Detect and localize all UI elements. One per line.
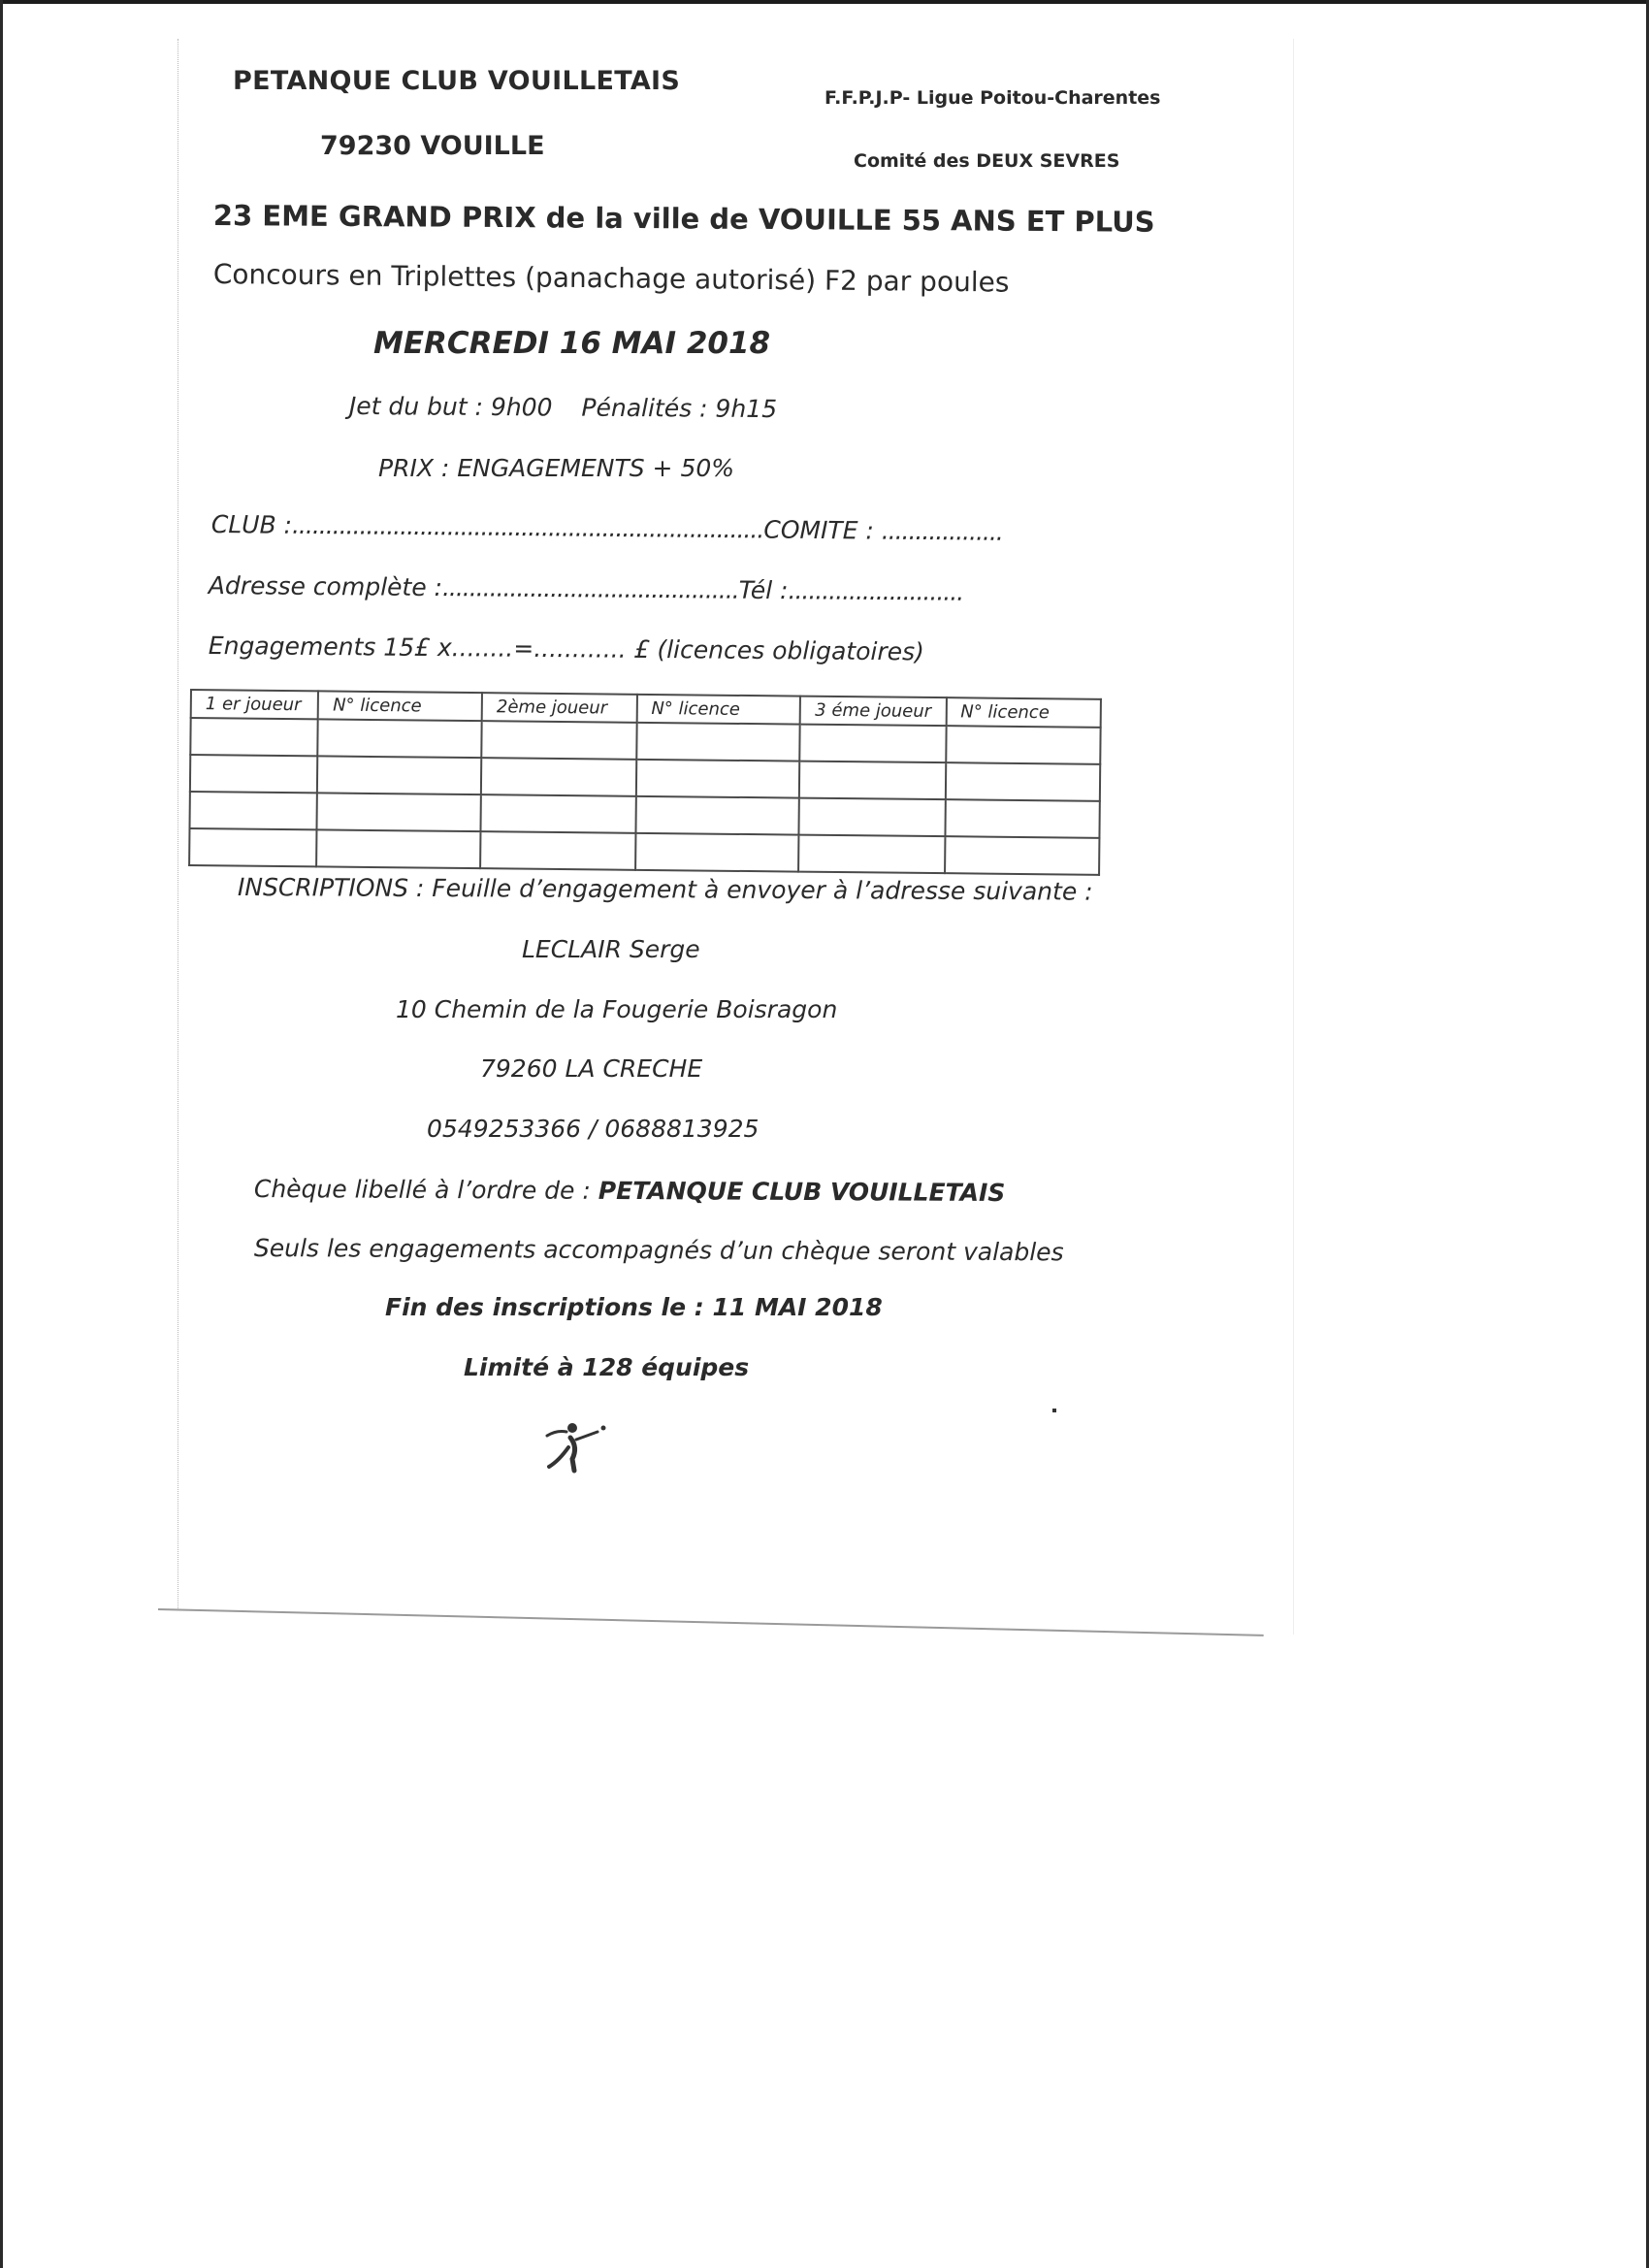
cell-licence-3[interactable] — [945, 836, 1100, 875]
registration-instructions: INSCRIPTIONS : Feuille d’engagement à en… — [238, 873, 1093, 906]
paper-right-edge — [1293, 39, 1294, 1635]
cell-licence-3[interactable] — [946, 726, 1101, 764]
contact-phones: 0549253366 / 0688813925 — [427, 1115, 759, 1143]
event-date: MERCREDI 16 MAI 2018 — [373, 326, 770, 361]
col-player-1: 1 er joueur — [191, 690, 319, 719]
penalites-time: Pénalités : 9h15 — [581, 394, 777, 423]
col-player-2: 2ème joueur — [482, 693, 637, 723]
cell-player-2[interactable] — [481, 721, 636, 760]
cell-licence-2[interactable] — [635, 796, 799, 835]
cell-licence-1[interactable] — [318, 719, 482, 758]
federation-name: F.F.P.J.P- Ligue Poitou-Charentes — [824, 87, 1160, 109]
address-input-line[interactable]: ........................................… — [442, 573, 739, 604]
scan-speck — [1052, 1409, 1056, 1412]
fee-line[interactable]: Engagements 15£ x........=............ £… — [209, 632, 924, 665]
cell-player-1[interactable] — [189, 792, 317, 829]
paper-left-edge — [178, 39, 178, 1610]
comite-label: COMITE : — [763, 515, 874, 544]
cell-player-3[interactable] — [799, 798, 945, 837]
cell-player-3[interactable] — [800, 725, 946, 763]
col-player-3: 3 éme joueur — [800, 697, 946, 727]
petanque-player-icon — [541, 1418, 609, 1476]
event-format: Concours en Triplettes (panachage autori… — [213, 258, 1010, 299]
cell-player-2[interactable] — [481, 794, 636, 833]
cell-licence-1[interactable] — [317, 756, 481, 794]
cell-licence-3[interactable] — [945, 762, 1100, 801]
address-field-row: Adresse complète :......................… — [209, 571, 964, 606]
cell-licence-2[interactable] — [635, 760, 799, 798]
contact-city: 79260 LA CRECHE — [480, 1054, 702, 1083]
scan-border-left — [0, 0, 3, 2268]
comite-input-line[interactable]: .................. — [882, 517, 1003, 546]
club-city: 79230 VOUILLE — [320, 131, 545, 161]
club-name: PETANQUE CLUB VOUILLETAIS — [233, 66, 680, 96]
contact-street: 10 Chemin de la Fougerie Boisragon — [396, 995, 837, 1023]
event-prize: PRIX : ENGAGEMENTS + 50% — [378, 454, 734, 482]
scan-border-top — [0, 0, 1649, 4]
col-licence-1: N° licence — [318, 691, 482, 721]
club-input-line[interactable]: ........................................… — [292, 511, 764, 544]
cell-player-2[interactable] — [480, 831, 635, 870]
cheque-note: Seuls les engagements accompagnés d’un c… — [254, 1234, 1064, 1266]
jet-du-but-time: Jet du but : 9h00 — [349, 392, 553, 421]
col-licence-2: N° licence — [636, 695, 800, 725]
event-schedule: Jet du but : 9h00Pénalités : 9h15 — [349, 392, 777, 423]
cell-licence-2[interactable] — [635, 833, 799, 872]
registration-deadline: Fin des inscriptions le : 11 MAI 2018 — [385, 1293, 883, 1321]
cell-player-1[interactable] — [190, 755, 318, 793]
club-field-row: CLUB :..................................… — [211, 510, 1003, 546]
tel-input-line[interactable]: .......................... — [788, 576, 963, 606]
cell-player-1[interactable] — [189, 828, 317, 866]
tel-label: Tél : — [739, 576, 789, 604]
cell-player-2[interactable] — [481, 758, 636, 796]
team-limit: Limité à 128 équipes — [464, 1353, 749, 1381]
cell-player-1[interactable] — [190, 718, 318, 756]
cell-licence-3[interactable] — [945, 799, 1100, 838]
cheque-payee-line: Chèque libellé à l’ordre de : PETANQUE C… — [254, 1175, 1006, 1207]
cell-licence-1[interactable] — [317, 793, 481, 831]
club-label: CLUB : — [211, 510, 292, 539]
cell-licence-1[interactable] — [316, 829, 480, 868]
cheque-payee: PETANQUE CLUB VOUILLETAIS — [598, 1177, 1006, 1207]
paper-bottom-edge — [158, 1608, 1264, 1636]
cell-player-3[interactable] — [798, 835, 944, 874]
event-title: 23 EME GRAND PRIX de la ville de VOUILLE… — [213, 199, 1155, 239]
contact-name: LECLAIR Serge — [522, 935, 700, 963]
cheque-prefix: Chèque libellé à l’ordre de : — [254, 1175, 591, 1205]
col-licence-3: N° licence — [946, 697, 1101, 728]
entry-table: 1 er joueur N° licence 2ème joueur N° li… — [188, 689, 1102, 876]
cell-licence-2[interactable] — [636, 723, 800, 761]
committee-name: Comité des DEUX SEVRES — [854, 150, 1119, 172]
address-label: Adresse complète : — [209, 571, 442, 601]
cell-player-3[interactable] — [799, 761, 945, 800]
